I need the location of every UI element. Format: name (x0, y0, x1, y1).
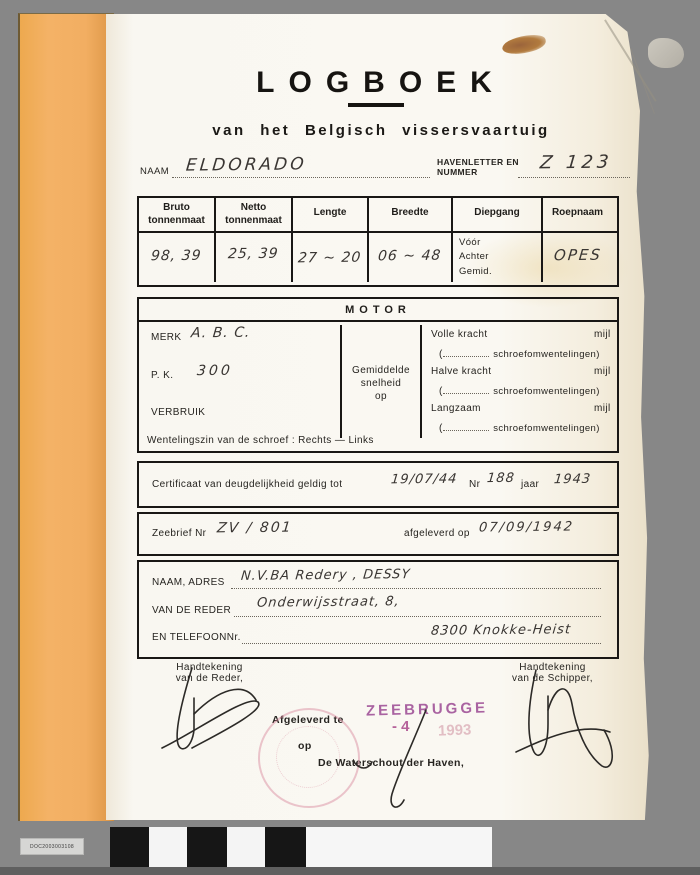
dimensions-value-row: 98, 39 25, 39 27 ~ 20 06 ~ 48 Vóór Achte… (139, 233, 617, 282)
verbruik-label: VERBRUIK (151, 407, 205, 418)
reder-line3-value: 8300 Knokke-Heist (430, 622, 572, 638)
pk-label: P. K. (151, 370, 173, 381)
cell-breedte: 06 ~ 48 (369, 233, 453, 282)
volle-omwentelingen: ( schroefomwentelingen) (439, 344, 600, 362)
volle-kracht-label: Volle kracht (431, 329, 488, 340)
dotted-fill (443, 392, 489, 394)
merk-label: MERK (151, 332, 182, 343)
halve-omwentelingen: ( schroefomwentelingen) (439, 381, 600, 399)
reder-line2-label: VAN DE REDER (152, 605, 231, 616)
motor-title-rule (139, 320, 617, 322)
breedte-value: 06 ~ 48 (378, 248, 443, 265)
diepgang-achter-label: Achter (459, 250, 541, 264)
langzaam-label: Langzaam (431, 403, 481, 414)
volle-mijl-label: mijl (594, 329, 611, 340)
calibration-square-black (265, 827, 306, 867)
page-title: LOGBOEK (108, 66, 654, 100)
inventory-label-text: DOC2003003108 (30, 844, 74, 850)
naam-value: ELDORADO (185, 154, 308, 175)
header-lengte: Lengte (293, 198, 369, 231)
zeebrief-date-value: 07/09/1942 (478, 520, 574, 536)
netto-value: 25, 39 (227, 246, 279, 263)
certificaat-jaar-value: 1943 (553, 472, 592, 487)
dotted-fill (443, 429, 489, 431)
motor-title: MOTOR (139, 299, 617, 316)
reder-line1-label: NAAM, ADRES (152, 577, 225, 588)
calibration-square-black (110, 827, 149, 867)
merk-value: A. B. C. (190, 325, 251, 342)
halve-mijl-label: mijl (594, 366, 611, 377)
header-netto: Netto tonnenmaat (216, 198, 293, 231)
lengte-value: 27 ~ 20 (298, 250, 363, 267)
certificaat-date-value: 19/07/44 (390, 472, 458, 488)
header-roepnaam: Roepnaam (543, 198, 612, 231)
dotted-fill (443, 355, 489, 357)
loose-corner-scrap (648, 38, 684, 68)
reder-section: NAAM, ADRES N.V.BA Redery , DESSY VAN DE… (137, 560, 619, 659)
naam-dotted-line (172, 176, 430, 178)
scanned-logbook-page: LOGBOEK van het Belgisch vissersvaartuig… (0, 0, 700, 875)
havenletter-value: Z 123 (539, 152, 613, 174)
dimensions-header-row: Bruto tonnenmaat Netto tonnenmaat Lengte… (139, 198, 617, 233)
dimensions-table: Bruto tonnenmaat Netto tonnenmaat Lengte… (137, 196, 619, 287)
zeebrief-afgeleverd-label: afgeleverd op (404, 528, 470, 539)
roepnaam-value: OPES (553, 246, 603, 265)
certificaat-nr-label: Nr (469, 479, 480, 490)
round-ink-stamp-inner (276, 726, 340, 788)
havenletter-dotted-line (518, 176, 630, 178)
omwentelingen-label: schroefomwentelingen) (493, 386, 600, 397)
bruto-value: 98, 39 (150, 248, 202, 265)
certificaat-jaar-label: jaar (521, 479, 539, 490)
langzaam-mijl-label: mijl (594, 403, 611, 414)
reder-line2-value: Onderwijsstraat, 8, (256, 594, 400, 610)
certificaat-nr-value: 188 (486, 471, 515, 486)
zeebrief-label: Zeebrief Nr (152, 528, 206, 539)
reder-line1-value: N.V.BA Redery , DESSY (240, 567, 411, 584)
scan-bottom-shadow (0, 867, 700, 875)
reder-line3-dots (242, 642, 601, 644)
omwentelingen-label: schroefomwentelingen) (493, 423, 600, 434)
omwentelingen-label: schroefomwentelingen) (493, 349, 600, 360)
zeebrief-nr-value: ZV / 801 (216, 520, 293, 537)
page-subtitle: van het Belgisch vissersvaartuig (108, 122, 654, 139)
gemiddelde-line2: snelheid (342, 377, 420, 390)
title-underline (348, 103, 404, 107)
cell-netto: 25, 39 (216, 233, 293, 282)
header-breedte: Breedte (369, 198, 453, 231)
waterschout-signature (338, 700, 458, 820)
naam-label: NAAM (140, 166, 169, 177)
reder-line2-dots (234, 615, 601, 617)
langzaam-omwentelingen: ( schroefomwentelingen) (439, 418, 600, 436)
motor-divider-right (420, 325, 422, 438)
calibration-strip-white (306, 827, 492, 867)
cell-bruto: 98, 39 (139, 233, 216, 282)
cell-diepgang: Vóór Achter Gemid. (453, 233, 543, 282)
calibration-square-white (149, 827, 187, 867)
certificaat-label: Certificaat van deugdelijkheid geldig to… (152, 479, 342, 490)
schipper-signature (502, 662, 627, 782)
calibration-bar (110, 827, 492, 867)
pk-value: 300 (196, 363, 233, 379)
havenletter-label-line2: NUMMER (437, 167, 478, 177)
reder-line1-dots (231, 587, 601, 589)
reder-line3-label: EN TELEFOONNr. (152, 632, 241, 643)
gemiddelde-line3: op (342, 390, 420, 403)
halve-kracht-label: Halve kracht (431, 366, 491, 377)
header-bruto: Bruto tonnenmaat (139, 198, 216, 231)
motor-section: MOTOR MERK A. B. C. P. K. 300 VERBRUIK G… (137, 297, 619, 453)
certificaat-section: Certificaat van deugdelijkheid geldig to… (137, 461, 619, 508)
gemiddelde-line1: Gemiddelde (342, 364, 420, 377)
gemiddelde-snelheid-label: Gemiddelde snelheid op (342, 364, 420, 403)
zeebrief-section: Zeebrief Nr ZV / 801 afgeleverd op 07/09… (137, 512, 619, 556)
inventory-label: DOC2003003108 (20, 838, 84, 855)
calibration-square-white (227, 827, 265, 867)
header-diepgang: Diepgang (453, 198, 543, 231)
diepgang-voor-label: Vóór (459, 236, 541, 250)
cell-lengte: 27 ~ 20 (293, 233, 369, 282)
cell-roepnaam: OPES (543, 233, 612, 282)
book-cover-binding (18, 13, 114, 821)
calibration-square-black (187, 827, 227, 867)
diepgang-gemid-label: Gemid. (459, 265, 541, 279)
wentelingszin-label: Wentelingszin van de schroef : Rechts — … (147, 435, 374, 446)
havenletter-label-line1: HAVENLETTER EN (437, 157, 519, 167)
